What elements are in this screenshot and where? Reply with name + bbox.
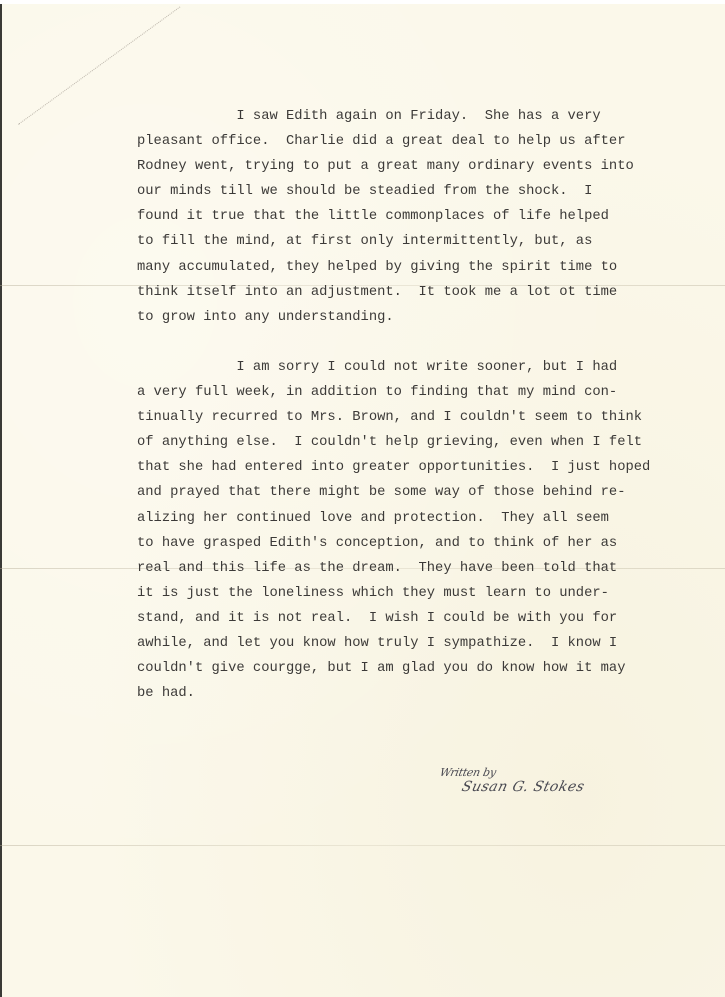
text-line: real and this life as the dream. They ha…	[137, 556, 697, 581]
text-line: awhile, and let you know how truly I sym…	[137, 631, 697, 656]
text-line: to grow into any understanding.	[137, 305, 697, 330]
text-line: tinually recurred to Mrs. Brown, and I c…	[137, 405, 697, 430]
text-line: couldn't give courgge, but I am glad you…	[137, 656, 697, 681]
page-edge-shadow	[0, 4, 2, 997]
letter-page: I saw Edith again on Friday. She has a v…	[0, 4, 725, 997]
text-line: that she had entered into greater opport…	[137, 455, 697, 480]
text-line: to have grasped Edith's conception, and …	[137, 531, 697, 556]
text-line: it is just the loneliness which they mus…	[137, 581, 697, 606]
text-line: to fill the mind, at first only intermit…	[137, 229, 697, 254]
text-line: of anything else. I couldn't help grievi…	[137, 430, 697, 455]
signature-name: Susan G. Stokes	[460, 779, 586, 795]
text-line: stand, and it is not real. I wish I coul…	[137, 606, 697, 631]
signature-prefix: Written by	[439, 766, 586, 779]
text-line: our minds till we should be steadied fro…	[137, 179, 697, 204]
text-line: think itself into an adjustment. It took…	[137, 280, 697, 305]
text-line: Rodney went, trying to put a great many …	[137, 154, 697, 179]
fold-line	[0, 845, 725, 846]
handwritten-signature: Written by Susan G. Stokes	[440, 766, 584, 795]
text-line: I am sorry I could not write sooner, but…	[137, 355, 697, 380]
text-line: pleasant office. Charlie did a great dea…	[137, 129, 697, 154]
paragraph-2: I am sorry I could not write sooner, but…	[137, 355, 697, 706]
text-line: be had.	[137, 681, 697, 706]
text-line: alizing her continued love and protectio…	[137, 506, 697, 531]
text-line: found it true that the little commonplac…	[137, 204, 697, 229]
letter-body: I saw Edith again on Friday. She has a v…	[137, 104, 697, 706]
text-line: many accumulated, they helped by giving …	[137, 255, 697, 280]
paragraph-break	[137, 330, 697, 355]
paragraph-1: I saw Edith again on Friday. She has a v…	[137, 104, 697, 330]
text-line: I saw Edith again on Friday. She has a v…	[137, 104, 697, 129]
text-line: and prayed that there might be some way …	[137, 480, 697, 505]
text-line: a very full week, in addition to finding…	[137, 380, 697, 405]
